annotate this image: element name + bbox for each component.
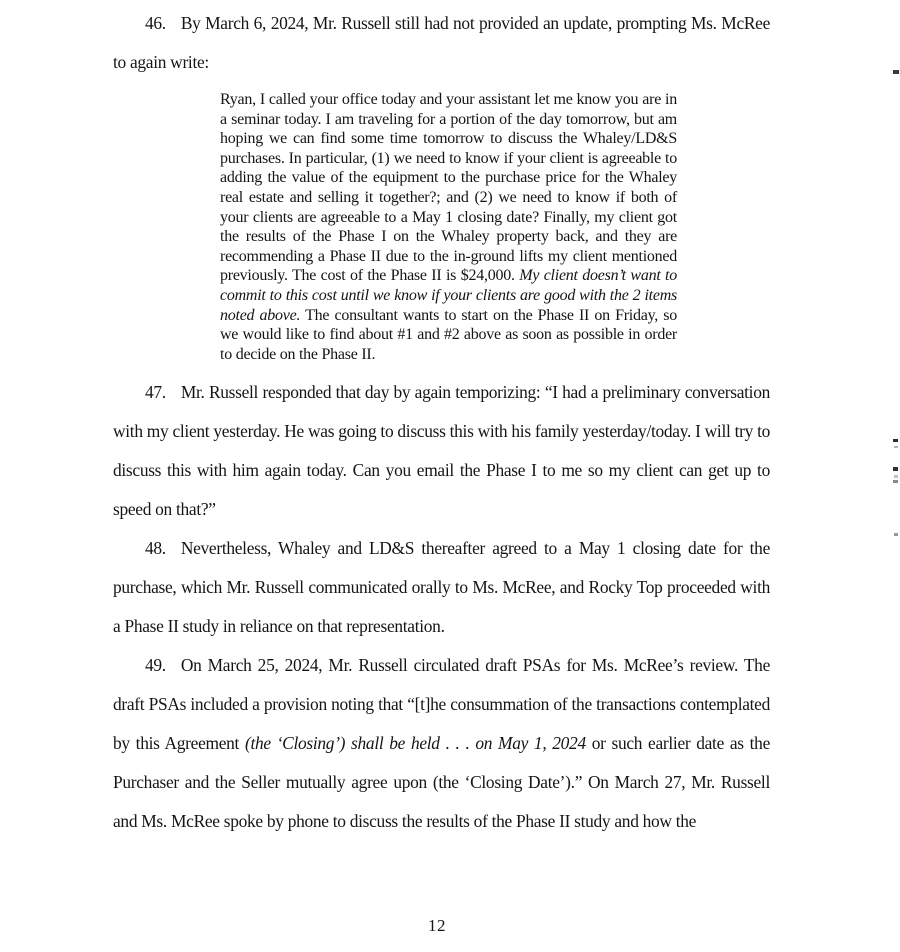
paragraph-text: By March 6, 2024, Mr. Russell still had …: [113, 13, 770, 72]
paragraph-number: 48.: [145, 538, 166, 558]
blockquote-email: Ryan, I called your office today and you…: [220, 90, 677, 364]
scan-artifact: [893, 480, 898, 483]
page-body: 46.By March 6, 2024, Mr. Russell still h…: [113, 4, 770, 841]
legal-paragraph-46: 46.By March 6, 2024, Mr. Russell still h…: [113, 4, 770, 82]
scan-artifact: [894, 475, 898, 478]
paragraph-number: 47.: [145, 382, 166, 402]
legal-paragraph-48: 48.Nevertheless, Whaley and LD&S thereaf…: [113, 529, 770, 646]
paragraph-text-italic: (the ‘Closing’) shall be held . . . on M…: [245, 733, 586, 753]
scan-artifact: [894, 533, 898, 536]
paragraph-number: 49.: [145, 655, 166, 675]
paragraph-text: Nevertheless, Whaley and LD&S thereafter…: [113, 538, 770, 636]
paragraph-number: 46.: [145, 13, 166, 33]
paragraph-text: Mr. Russell responded that day by again …: [113, 382, 770, 519]
scan-artifact: [894, 446, 898, 448]
scan-artifact: [893, 70, 899, 74]
page-number: 12: [0, 916, 874, 936]
scan-artifact: [893, 467, 898, 471]
scan-artifact: [893, 439, 898, 442]
legal-paragraph-49: 49.On March 25, 2024, Mr. Russell circul…: [113, 646, 770, 841]
legal-paragraph-47: 47.Mr. Russell responded that day by aga…: [113, 373, 770, 529]
quote-text-normal: Ryan, I called your office today and you…: [220, 91, 677, 284]
